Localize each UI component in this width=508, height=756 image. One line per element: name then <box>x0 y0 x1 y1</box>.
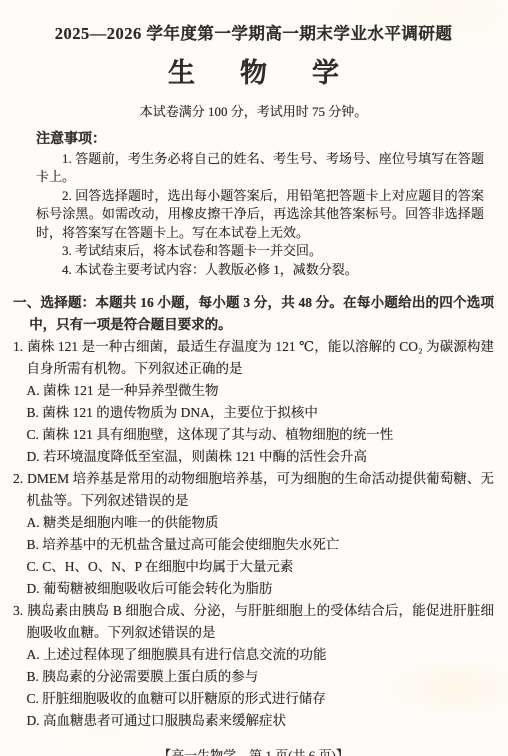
question-1-stem-text: 菌株 121 是一种古细菌，最适生存温度为 121 ℃，能以溶解的 CO₂ 为碳… <box>27 339 495 376</box>
exam-title: 2025—2026 学年度第一学期高一期末学业水平调研题 <box>13 20 494 44</box>
question-2-option-a: A. 糖类是细胞内唯一的供能物质 <box>13 512 494 534</box>
exam-header: 2025—2026 学年度第一学期高一期末学业水平调研题 生 物 学 本试卷满分… <box>13 20 494 120</box>
question-2: 2.DMEM 培养基是常用的动物细胞培养基，可为细胞的生命活动提供葡萄糖、无机盐… <box>13 468 494 600</box>
question-1-option-b: B. 菌株 121 的遗传物质为 DNA，主要位于拟核中 <box>13 402 494 424</box>
question-2-stem-text: DMEM 培养基是常用的动物细胞培养基，可为细胞的生命活动提供葡萄糖、无机盐等。… <box>27 471 495 508</box>
question-2-number: 2. <box>13 471 23 486</box>
page-footer: 【高一生物学 第 1 页(共 6 页)】 <box>13 745 494 756</box>
question-3-option-c: C. 肝脏细胞吸收的血糖可以肝糖原的形式进行储存 <box>13 688 494 710</box>
question-3: 3.胰岛素由胰岛 B 细胞合成、分泌，与肝脏细胞上的受体结合后，能促进肝脏细胞吸… <box>13 600 494 732</box>
question-3-option-a: A. 上述过程体现了细胞膜具有进行信息交流的功能 <box>13 644 494 666</box>
question-3-stem: 3.胰岛素由胰岛 B 细胞合成、分泌，与肝脏细胞上的受体结合后，能促进肝脏细胞吸… <box>13 600 494 644</box>
notice-heading: 注意事项： <box>36 131 484 150</box>
notice-item-1: 1. 答题前，考生务必将自己的姓名、考生号、考场号、座位号填写在答题卡上。 <box>36 150 484 187</box>
notice-item-4: 4. 本试卷主要考试内容：人教版必修 1，减数分裂。 <box>36 261 484 280</box>
question-2-option-c: C. C、H、O、N、P 在细胞中均属于大量元素 <box>13 556 494 578</box>
question-2-stem: 2.DMEM 培养基是常用的动物细胞培养基，可为细胞的生命活动提供葡萄糖、无机盐… <box>13 468 494 512</box>
question-3-stem-text: 胰岛素由胰岛 B 细胞合成、分泌，与肝脏细胞上的受体结合后，能促进肝脏细胞吸收血… <box>27 603 495 640</box>
subject-title: 生 物 学 <box>13 51 494 90</box>
question-1-stem: 1.菌株 121 是一种古细菌，最适生存温度为 121 ℃，能以溶解的 CO₂ … <box>13 336 494 380</box>
question-1-option-d: D. 若环境温度降低至室温，则菌株 121 中酶的活性会升高 <box>13 446 494 468</box>
section-heading: 一、选择题：本题共 16 小题，每小题 3 分，共 48 分。在每小题给出的四个… <box>13 292 494 336</box>
notice-item-2: 2. 回答选择题时，选出每小题答案后，用铅笔把答题卡上对应题目的答案标号涂黑。如… <box>36 187 484 243</box>
notice-item-3: 3. 考试结束后，将本试卷和答题卡一并交回。 <box>36 242 484 261</box>
question-1-option-c: C. 菌株 121 具有细胞壁，这体现了其与动、植物细胞的统一性 <box>13 424 494 446</box>
question-1: 1.菌株 121 是一种古细菌，最适生存温度为 121 ℃，能以溶解的 CO₂ … <box>13 336 494 468</box>
exam-info: 本试卷满分 100 分，考试用时 75 分钟。 <box>13 101 494 120</box>
notice-section: 注意事项： 1. 答题前，考生务必将自己的姓名、考生号、考场号、座位号填写在答题… <box>36 131 484 279</box>
question-3-option-d: D. 高血糖患者可通过口服胰岛素来缓解症状 <box>13 710 494 732</box>
exam-paper-page: 2025—2026 学年度第一学期高一期末学业水平调研题 生 物 学 本试卷满分… <box>0 0 508 756</box>
question-3-number: 3. <box>13 603 23 618</box>
question-3-option-b: B. 胰岛素的分泌需要膜上蛋白质的参与 <box>13 666 494 688</box>
question-2-option-d: D. 葡萄糖被细胞吸收后可能会转化为脂肪 <box>13 578 494 600</box>
multiple-choice-section: 一、选择题：本题共 16 小题，每小题 3 分，共 48 分。在每小题给出的四个… <box>13 292 494 732</box>
question-2-option-b: B. 培养基中的无机盐含量过高可能会使细胞失水死亡 <box>13 534 494 556</box>
question-1-number: 1. <box>13 339 23 354</box>
question-1-option-a: A. 菌株 121 是一种异养型微生物 <box>13 380 494 402</box>
